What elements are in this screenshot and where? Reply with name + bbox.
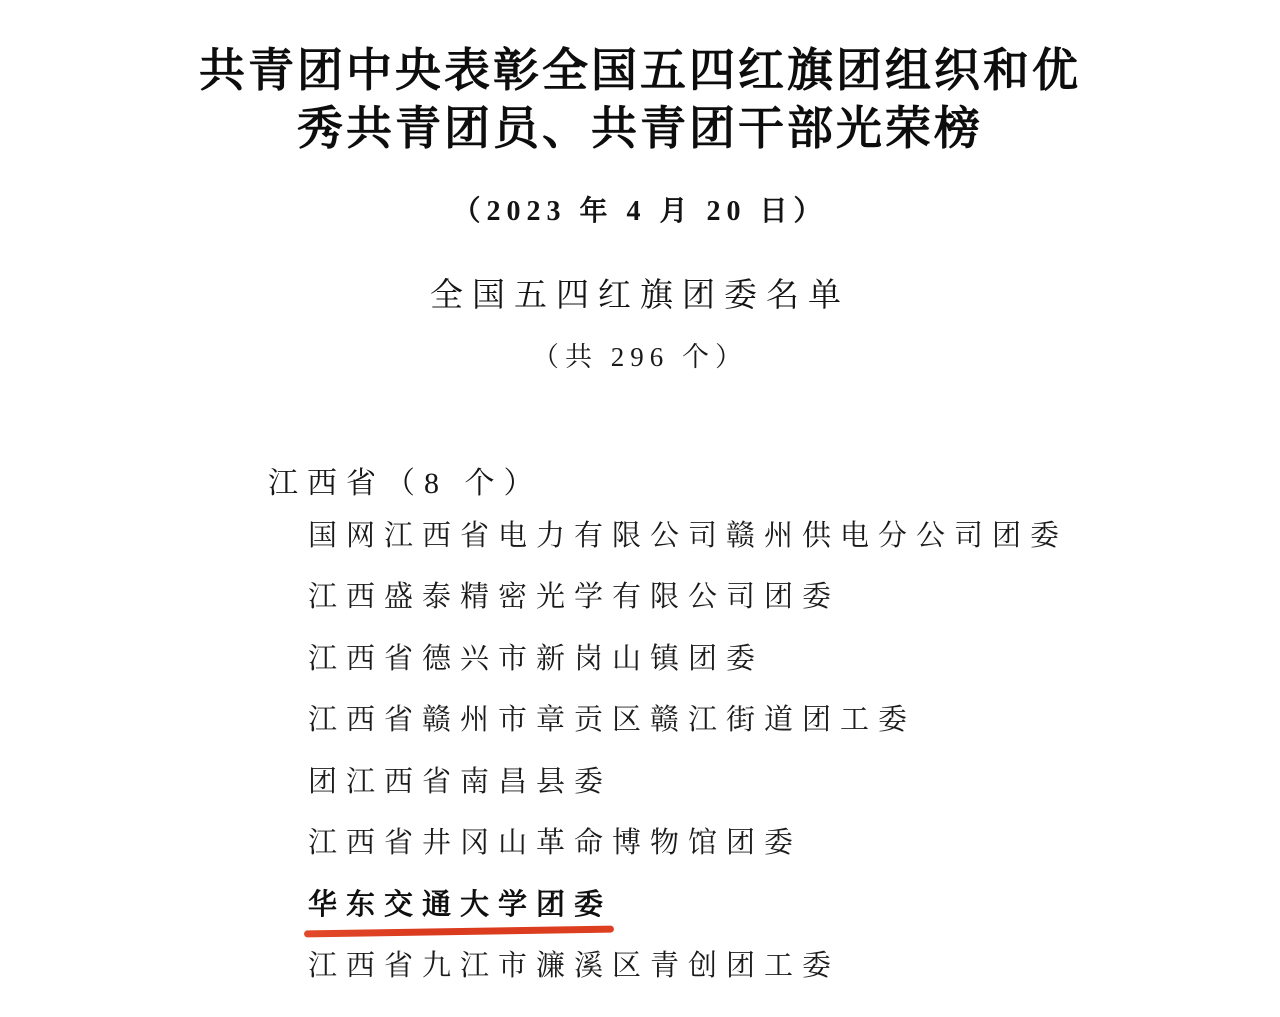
list-item-text: 江西盛泰精密光学有限公司团委	[308, 581, 840, 614]
list-item: 江西省九江市濂溪区青创团工委	[308, 935, 1280, 997]
list-item-text: 江西省九江市濂溪区青创团工委	[308, 950, 840, 983]
province-heading: 江西省（8 个）	[0, 469, 1280, 499]
section-count: （共 296 个）	[0, 344, 1280, 371]
list-item-text: 江西省赣州市章贡区赣江街道团工委	[308, 704, 916, 737]
list-item-text: 华东交通大学团委	[308, 889, 612, 922]
document-date: （2023 年 4 月 20 日）	[0, 198, 1280, 226]
list-item-text: 江西省德兴市新岗山镇团委	[308, 643, 764, 676]
list-item: 江西省赣州市章贡区赣江街道团工委	[308, 689, 1280, 751]
list-item: 江西盛泰精密光学有限公司团委	[308, 566, 1280, 628]
list-item: 国网江西省电力有限公司赣州供电分公司团委	[308, 504, 1280, 566]
list-item-text: 国网江西省电力有限公司赣州供电分公司团委	[308, 520, 1068, 553]
document-title: 共青团中央表彰全国五四红旗团组织和优 秀共青团员、共青团干部光荣榜	[0, 0, 1280, 158]
document-page: 共青团中央表彰全国五四红旗团组织和优 秀共青团员、共青团干部光荣榜 （2023 …	[0, 0, 1280, 1017]
organization-list: 国网江西省电力有限公司赣州供电分公司团委 江西盛泰精密光学有限公司团委 江西省德…	[0, 504, 1280, 996]
title-line-1: 共青团中央表彰全国五四红旗团组织和优	[0, 42, 1280, 100]
list-item-highlighted: 华东交通大学团委	[308, 873, 1280, 935]
list-item: 江西省井冈山革命博物馆团委	[308, 812, 1280, 874]
list-item-text: 团江西省南昌县委	[308, 766, 612, 799]
list-item-text: 江西省井冈山革命博物馆团委	[308, 827, 802, 860]
list-item: 团江西省南昌县委	[308, 750, 1280, 812]
section-title: 全国五四红旗团委名单	[0, 278, 1280, 312]
list-item: 江西省德兴市新岗山镇团委	[308, 627, 1280, 689]
title-line-2: 秀共青团员、共青团干部光荣榜	[0, 100, 1280, 158]
highlighted-org-name: 华东交通大学团委	[308, 889, 612, 921]
